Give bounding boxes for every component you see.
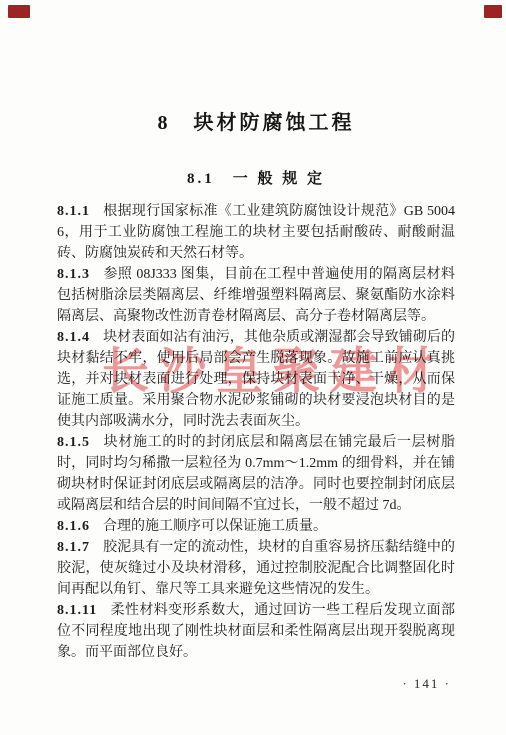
clause-paragraph: 8.1.5块材施工的时的封闭底层和隔离层在铺完最后一层树脂时，同时均匀稀撒一层粒… bbox=[57, 432, 455, 516]
clause-paragraph: 8.1.4块材表面如沾有油污，其他杂质或潮湿都会导致铺砌后的块材黏结不牢，使用后… bbox=[57, 327, 455, 432]
clause-paragraph: 8.1.3参照 08J333 图集，目前在工程中普遍使用的隔离层材料包括树脂涂层… bbox=[57, 264, 455, 327]
clause-number: 8.1.7 bbox=[57, 540, 90, 555]
clause-paragraph: 8.1.11柔性材料变形系数大，通过回访一些工程后发现立面部位不同程度地出现了刚… bbox=[57, 600, 455, 663]
clause-text: 根据现行国家标准《工业建筑防腐蚀设计规范》GB 50046，用于工业防腐蚀工程施… bbox=[57, 204, 455, 261]
page-number: · 141 · bbox=[402, 676, 451, 692]
clause-paragraph: 8.1.7胶泥具有一定的流动性，块材的自重容易挤压黏结缝中的胶泥，使灰缝过小及块… bbox=[57, 537, 455, 600]
clause-paragraph: 8.1.1根据现行国家标准《工业建筑防腐蚀设计规范》GB 50046，用于工业防… bbox=[57, 201, 455, 264]
clause-number: 8.1.1 bbox=[57, 204, 90, 219]
section-title: 8.1 一 般 规 定 bbox=[57, 167, 455, 188]
clause-number: 8.1.11 bbox=[57, 603, 97, 618]
clause-text: 参照 08J333 图集，目前在工程中普遍使用的隔离层材料包括树脂涂层类隔离层、… bbox=[57, 267, 455, 324]
clause-number: 8.1.4 bbox=[57, 330, 90, 345]
page-content: 8 块材防腐蚀工程 8.1 一 般 规 定 8.1.1根据现行国家标准《工业建筑… bbox=[0, 0, 506, 663]
scanned-document-page: 长沙皇聚建材 8 块材防腐蚀工程 8.1 一 般 规 定 8.1.1根据现行国家… bbox=[0, 0, 506, 735]
clause-text: 胶泥具有一定的流动性，块材的自重容易挤压黏结缝中的胶泥，使灰缝过小及块材滑移，通… bbox=[57, 540, 455, 597]
clause-text: 合理的施工顺序可以保证施工质量。 bbox=[103, 519, 327, 534]
body-text: 8.1.1根据现行国家标准《工业建筑防腐蚀设计规范》GB 50046，用于工业防… bbox=[57, 201, 455, 663]
chapter-title: 8 块材防腐蚀工程 bbox=[57, 106, 455, 135]
clause-text: 块材施工的时的封闭底层和隔离层在铺完最后一层树脂时，同时均匀稀撒一层粒径为 0.… bbox=[57, 435, 455, 513]
clause-text: 块材表面如沾有油污，其他杂质或潮湿都会导致铺砌后的块材黏结不牢，使用后局部会产生… bbox=[57, 330, 455, 429]
clause-number: 8.1.5 bbox=[57, 435, 90, 450]
red-corner-stamp-right bbox=[484, 5, 502, 18]
clause-paragraph: 8.1.6合理的施工顺序可以保证施工质量。 bbox=[57, 516, 455, 537]
clause-number: 8.1.3 bbox=[57, 267, 90, 282]
clause-number: 8.1.6 bbox=[57, 519, 90, 534]
red-corner-stamp-left bbox=[8, 5, 30, 18]
clause-text: 柔性材料变形系数大，通过回访一些工程后发现立面部位不同程度地出现了刚性块材面层和… bbox=[57, 603, 455, 660]
